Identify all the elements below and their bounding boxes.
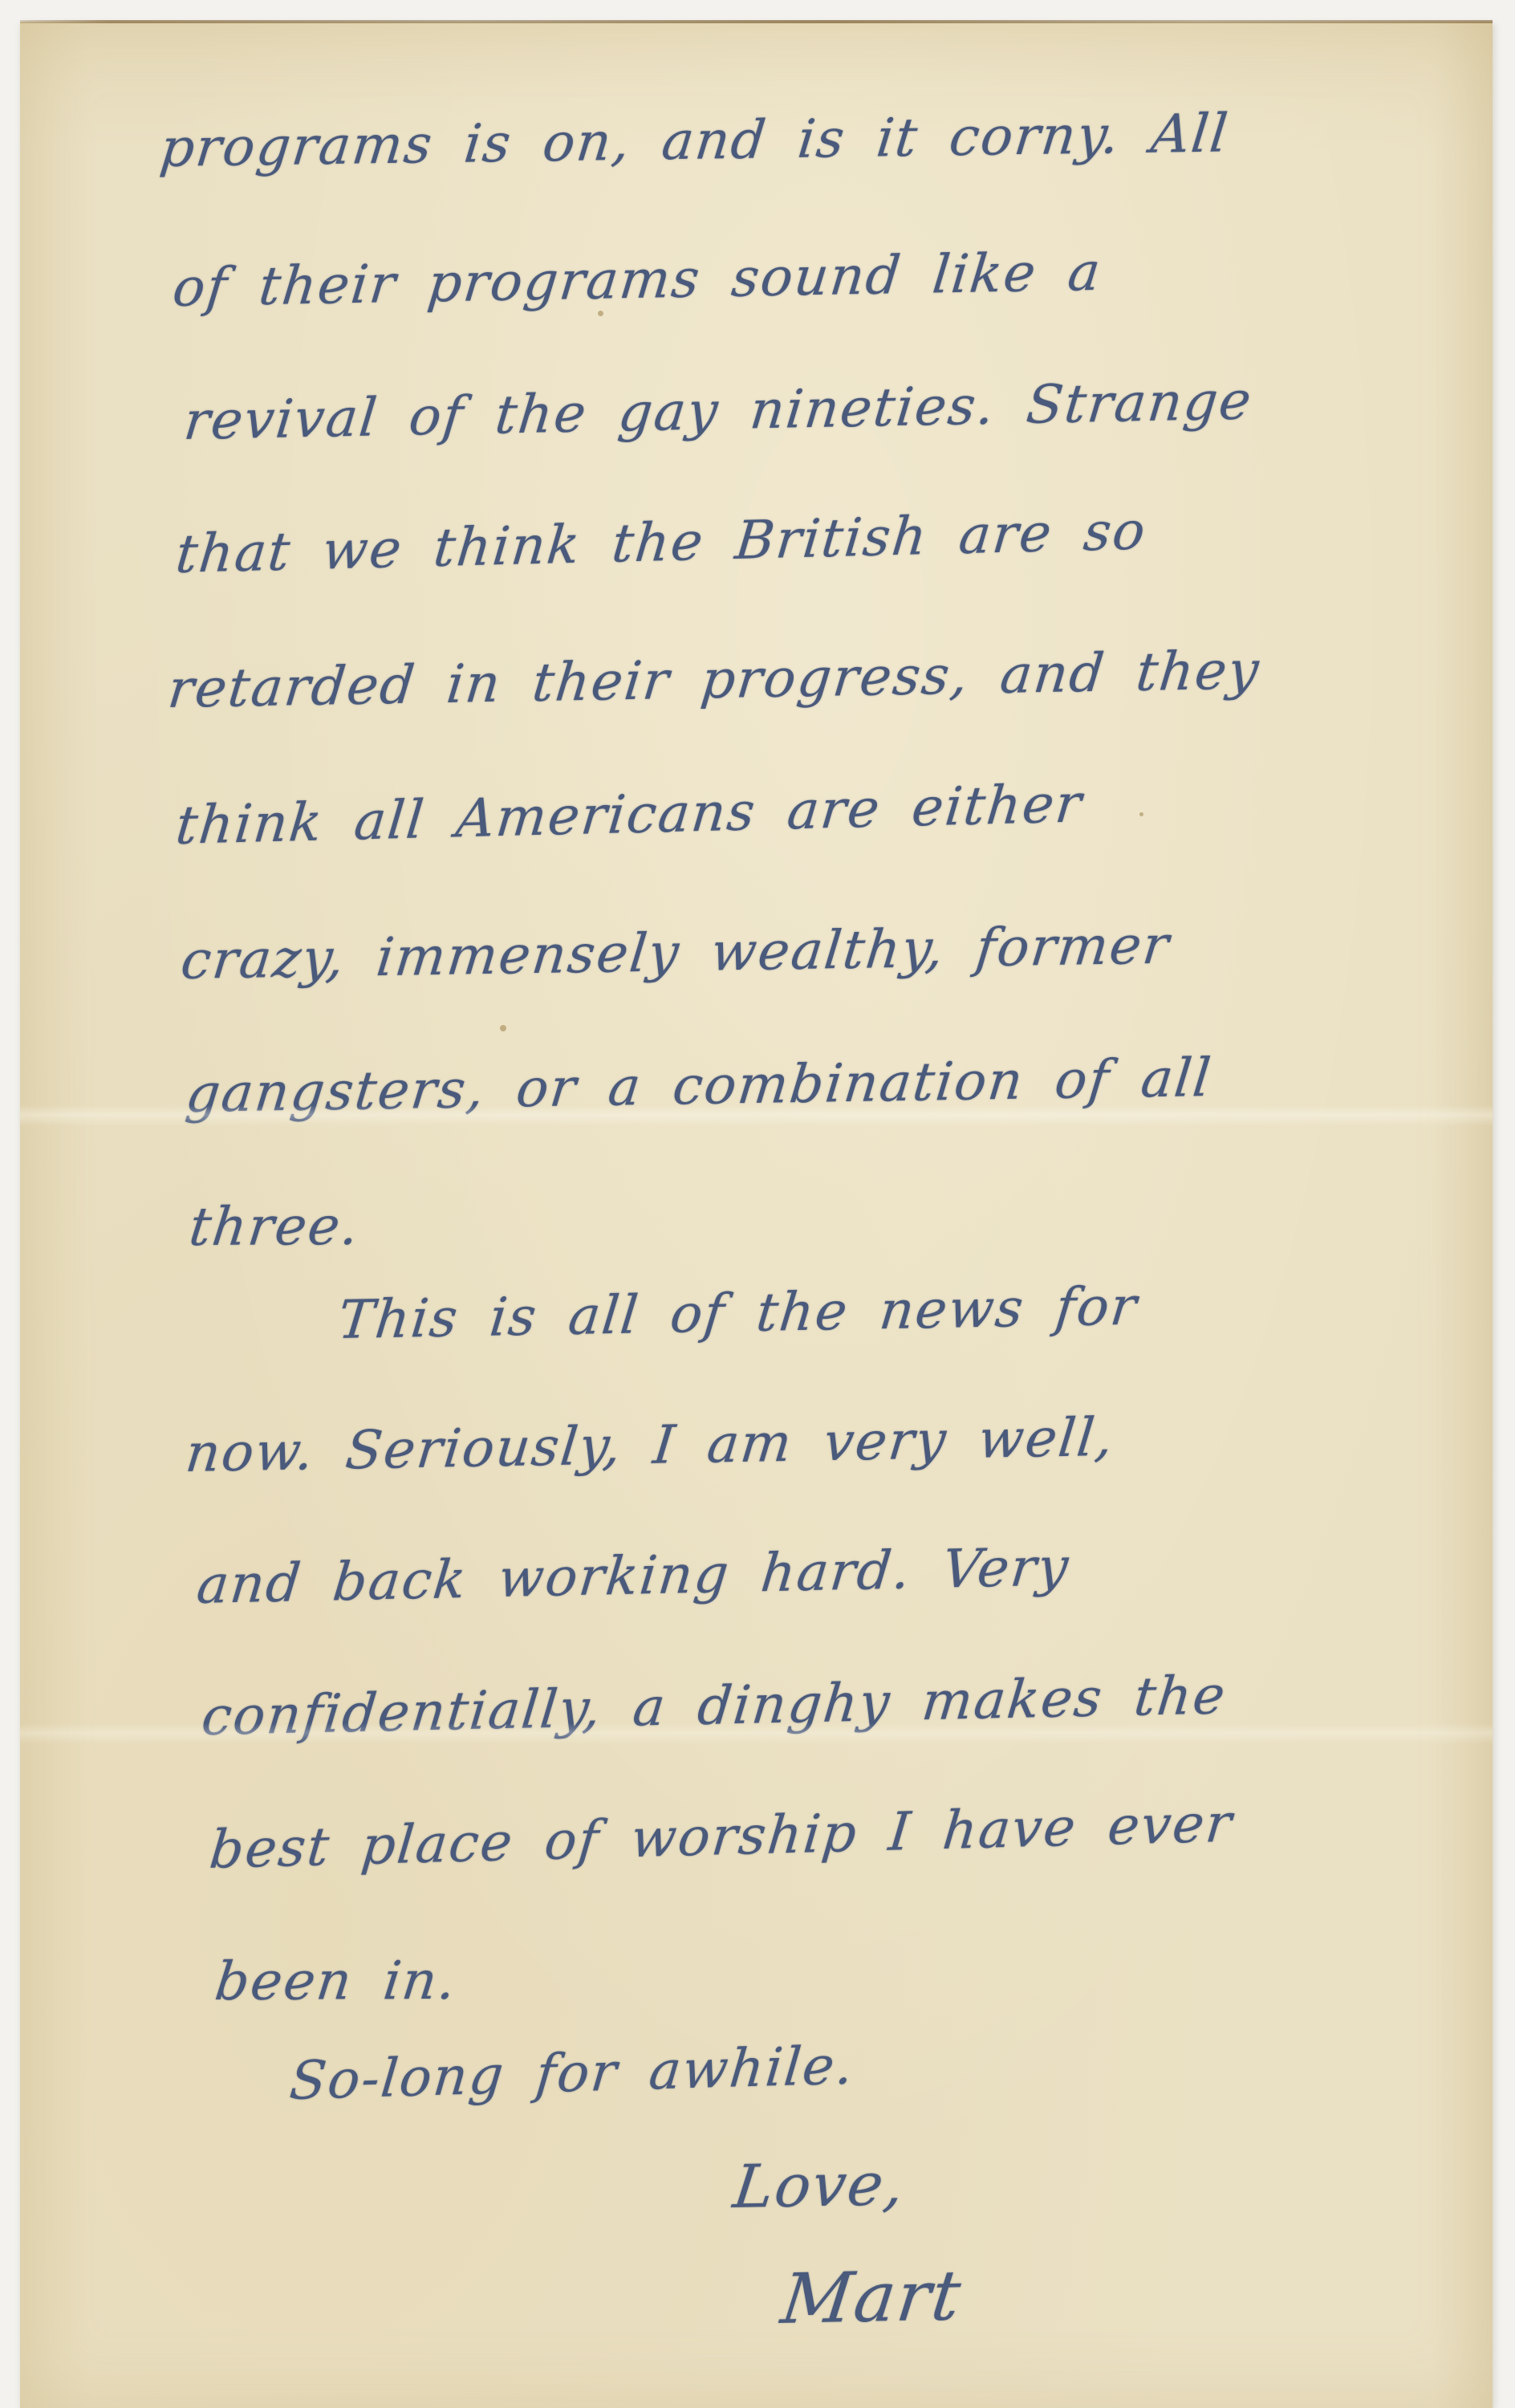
letter-line: three. [185,1190,364,1264]
letter-line: and back working hard. Very [193,1530,1073,1622]
letter-line: revival of the gay nineties. Strange [181,364,1256,458]
paper-fleck [1139,812,1143,816]
letter-line: been in. [211,1944,461,2019]
letter-line: now. Seriously, I am very well, [182,1401,1118,1491]
signature: Mart [778,2259,966,2337]
letter-line: gangsters, or a combination of all [182,1041,1216,1131]
letter-line: This is all of the news for [335,1270,1141,1357]
letter-line: crazy, immensely wealthy, former [177,909,1174,998]
letter-line: of their programs sound like a [169,235,1105,325]
letter-line: that we think the British are so [173,494,1150,592]
letter-line: best place of worship I have ever [206,1787,1237,1887]
letter-line: think all Americans are either [173,767,1086,863]
letter-paper-sheet: programs is on, and is it corny. All of … [20,22,1493,2408]
letter-line: programs is on, and is it corny. All [156,96,1233,185]
scanned-letter-page: programs is on, and is it corny. All of … [0,0,1515,2408]
ink-fleck [500,1025,506,1031]
valediction: Love, [729,2147,910,2224]
closing-line: So-long for awhile. [286,2028,858,2118]
letter-line: retarded in their progress, and they [164,633,1264,726]
letter-line: confidentially, a dinghy makes the [198,1658,1230,1754]
